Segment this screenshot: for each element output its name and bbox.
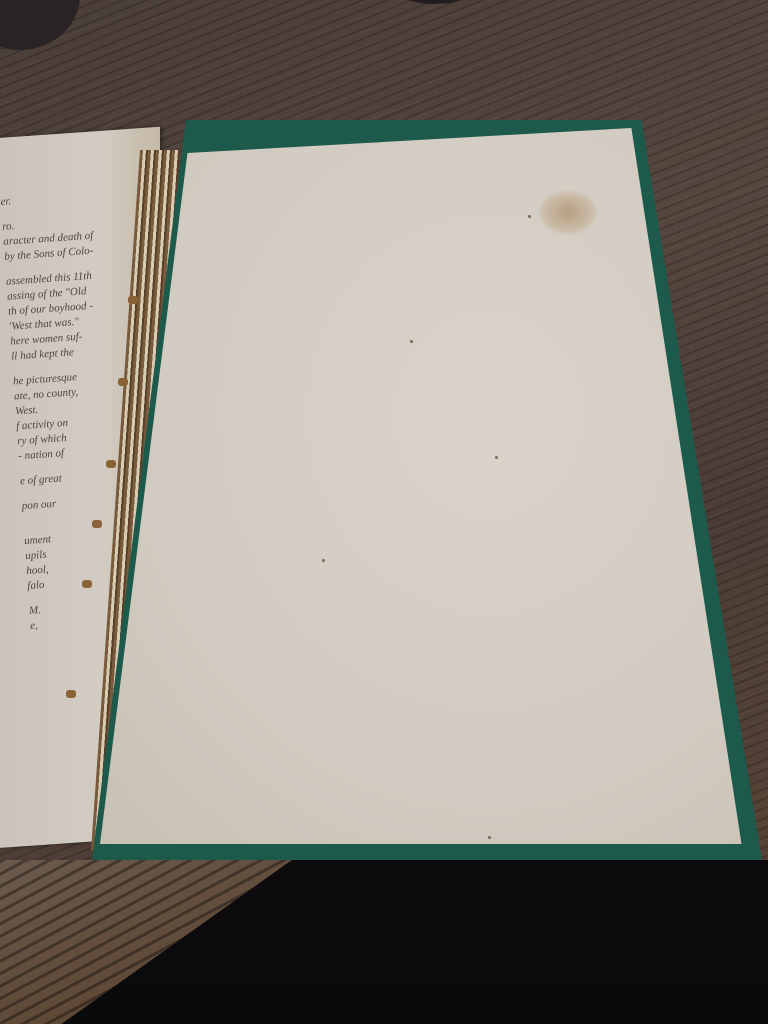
speck bbox=[495, 456, 498, 459]
binding-stitch bbox=[118, 378, 128, 386]
speck bbox=[488, 836, 491, 839]
binding-stitch bbox=[82, 580, 92, 588]
stain-mark bbox=[538, 190, 598, 235]
speck bbox=[528, 215, 531, 218]
binding-stitch bbox=[106, 460, 116, 468]
speck bbox=[410, 340, 413, 343]
binding-stitch bbox=[66, 690, 76, 698]
binding-stitch bbox=[92, 520, 102, 528]
binding-stitch bbox=[128, 296, 138, 304]
book-photo: er.ro.aracter and death ofby the Sons of… bbox=[0, 0, 768, 1024]
speck bbox=[322, 559, 325, 562]
